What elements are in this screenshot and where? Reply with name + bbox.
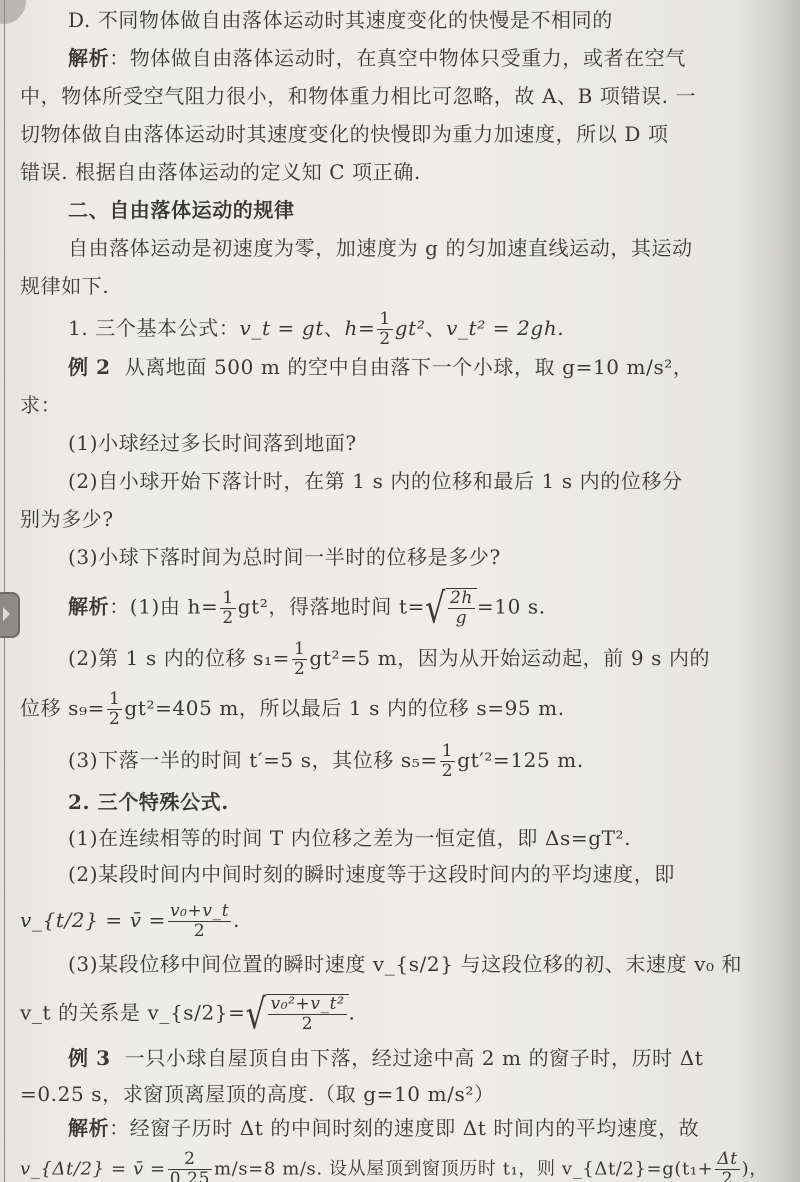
margin-line <box>4 0 5 1182</box>
solution2-step2b: 位移 s₉=12gt²=405 m，所以最后 1 s 内的位移 s=95 m. <box>20 690 565 729</box>
example2-q1: (1)小球经过多长时间落到地面? <box>68 431 357 455</box>
analysis-label: 解析 <box>68 46 109 70</box>
analysis1-line2: 中，物体所受空气阻力很小，和物体重力相比可忽略，故 A、B 项错误. 一 <box>20 84 696 108</box>
example2-q3: (3)小球下落时间为总时间一半时的位移是多少? <box>68 545 501 569</box>
solution2-step1: 解析：(1)由 h=12gt²，得落地时间 t=√2hg=10 s. <box>68 588 546 628</box>
special-formula-2-line1: (2)某段时间内中间时刻的瞬时速度等于这段时间内的平均速度，即 <box>68 862 675 886</box>
sqrt: √2hg <box>425 588 477 628</box>
example2-q2-line1: (2)自小球开始下落计时，在第 1 s 内的位移和最后 1 s 内的位移分 <box>68 469 683 493</box>
analysis1-line1: 解析：物体做自由落体运动时，在真空中物体只受重力，或者在空气 <box>68 46 686 70</box>
example3-line1: 例 3 一只小球自屋顶自由下落，经过途中高 2 m 的窗子时，历时 Δt <box>68 1046 703 1070</box>
special-formulas-heading: 2. 三个特殊公式. <box>68 790 229 814</box>
option-d: D. 不同物体做自由落体运动时其速度变化的快慢是不相同的 <box>68 8 613 32</box>
intro-line2: 规律如下. <box>20 274 109 298</box>
page-tab-arrow-icon <box>0 592 20 638</box>
scanned-page: D. 不同物体做自由落体运动时其速度变化的快慢是不相同的 解析：物体做自由落体运… <box>0 0 800 1182</box>
solution3-line2: v_{Δt/2} = v̄ =20.25m/s=8 m/s. 设从屋顶到窗顶历时… <box>20 1150 768 1182</box>
intro-line1: 自由落体运动是初速度为零，加速度为 g 的匀加速直线运动，其运动 <box>68 236 693 260</box>
solution3-line1: 解析：经窗子历时 Δt 的中间时刻的速度即 Δt 时间内的平均速度，故 <box>68 1116 699 1140</box>
example3-line2: =0.25 s，求窗顶离屋顶的高度.（取 g=10 m/s²） <box>20 1082 495 1106</box>
special-formula-3-line1: (3)某段位移中间位置的瞬时速度 v_{s/2} 与这段位移的初、末速度 v₀ … <box>68 952 742 976</box>
special-formula-3-line2: v_t 的关系是 v_{s/2}=√v₀²+v_t²2. <box>20 994 355 1034</box>
example2-line1: 例 2 从离地面 500 m 的空中自由落下一个小球，取 g=10 m/s²， <box>68 355 694 379</box>
example2-line2: 求： <box>20 393 61 417</box>
example2-q2-line2: 别为多少? <box>20 507 114 531</box>
section-heading: 二、自由落体运动的规律 <box>68 198 295 222</box>
analysis1-line4: 错误. 根据自由落体运动的定义知 C 项正确. <box>20 160 421 184</box>
fraction: 12 <box>377 310 392 349</box>
solution2-step2: (2)第 1 s 内的位移 s₁=12gt²=5 m，因为从开始运动起，前 9 … <box>68 640 710 679</box>
example-label: 例 2 <box>68 355 111 379</box>
special-formula-2-line2: v_{t/2} = v̄ =v₀+v_t2. <box>20 902 240 941</box>
analysis1-line3: 切物体做自由落体运动时其速度变化的快慢即为重力加速度，所以 D 项 <box>20 122 669 146</box>
special-formula-1: (1)在连续相等的时间 T 内位移之差为一恒定值，即 Δs=gT². <box>68 826 631 850</box>
example-label: 例 3 <box>68 1046 111 1070</box>
solution2-step3: (3)下落一半的时间 t′=5 s，其位移 s₅=12gt′²=125 m. <box>68 742 584 781</box>
basic-formulas: 1. 三个基本公式：v_t = gt、h=12gt²、v_t² = 2gh. <box>68 310 564 349</box>
